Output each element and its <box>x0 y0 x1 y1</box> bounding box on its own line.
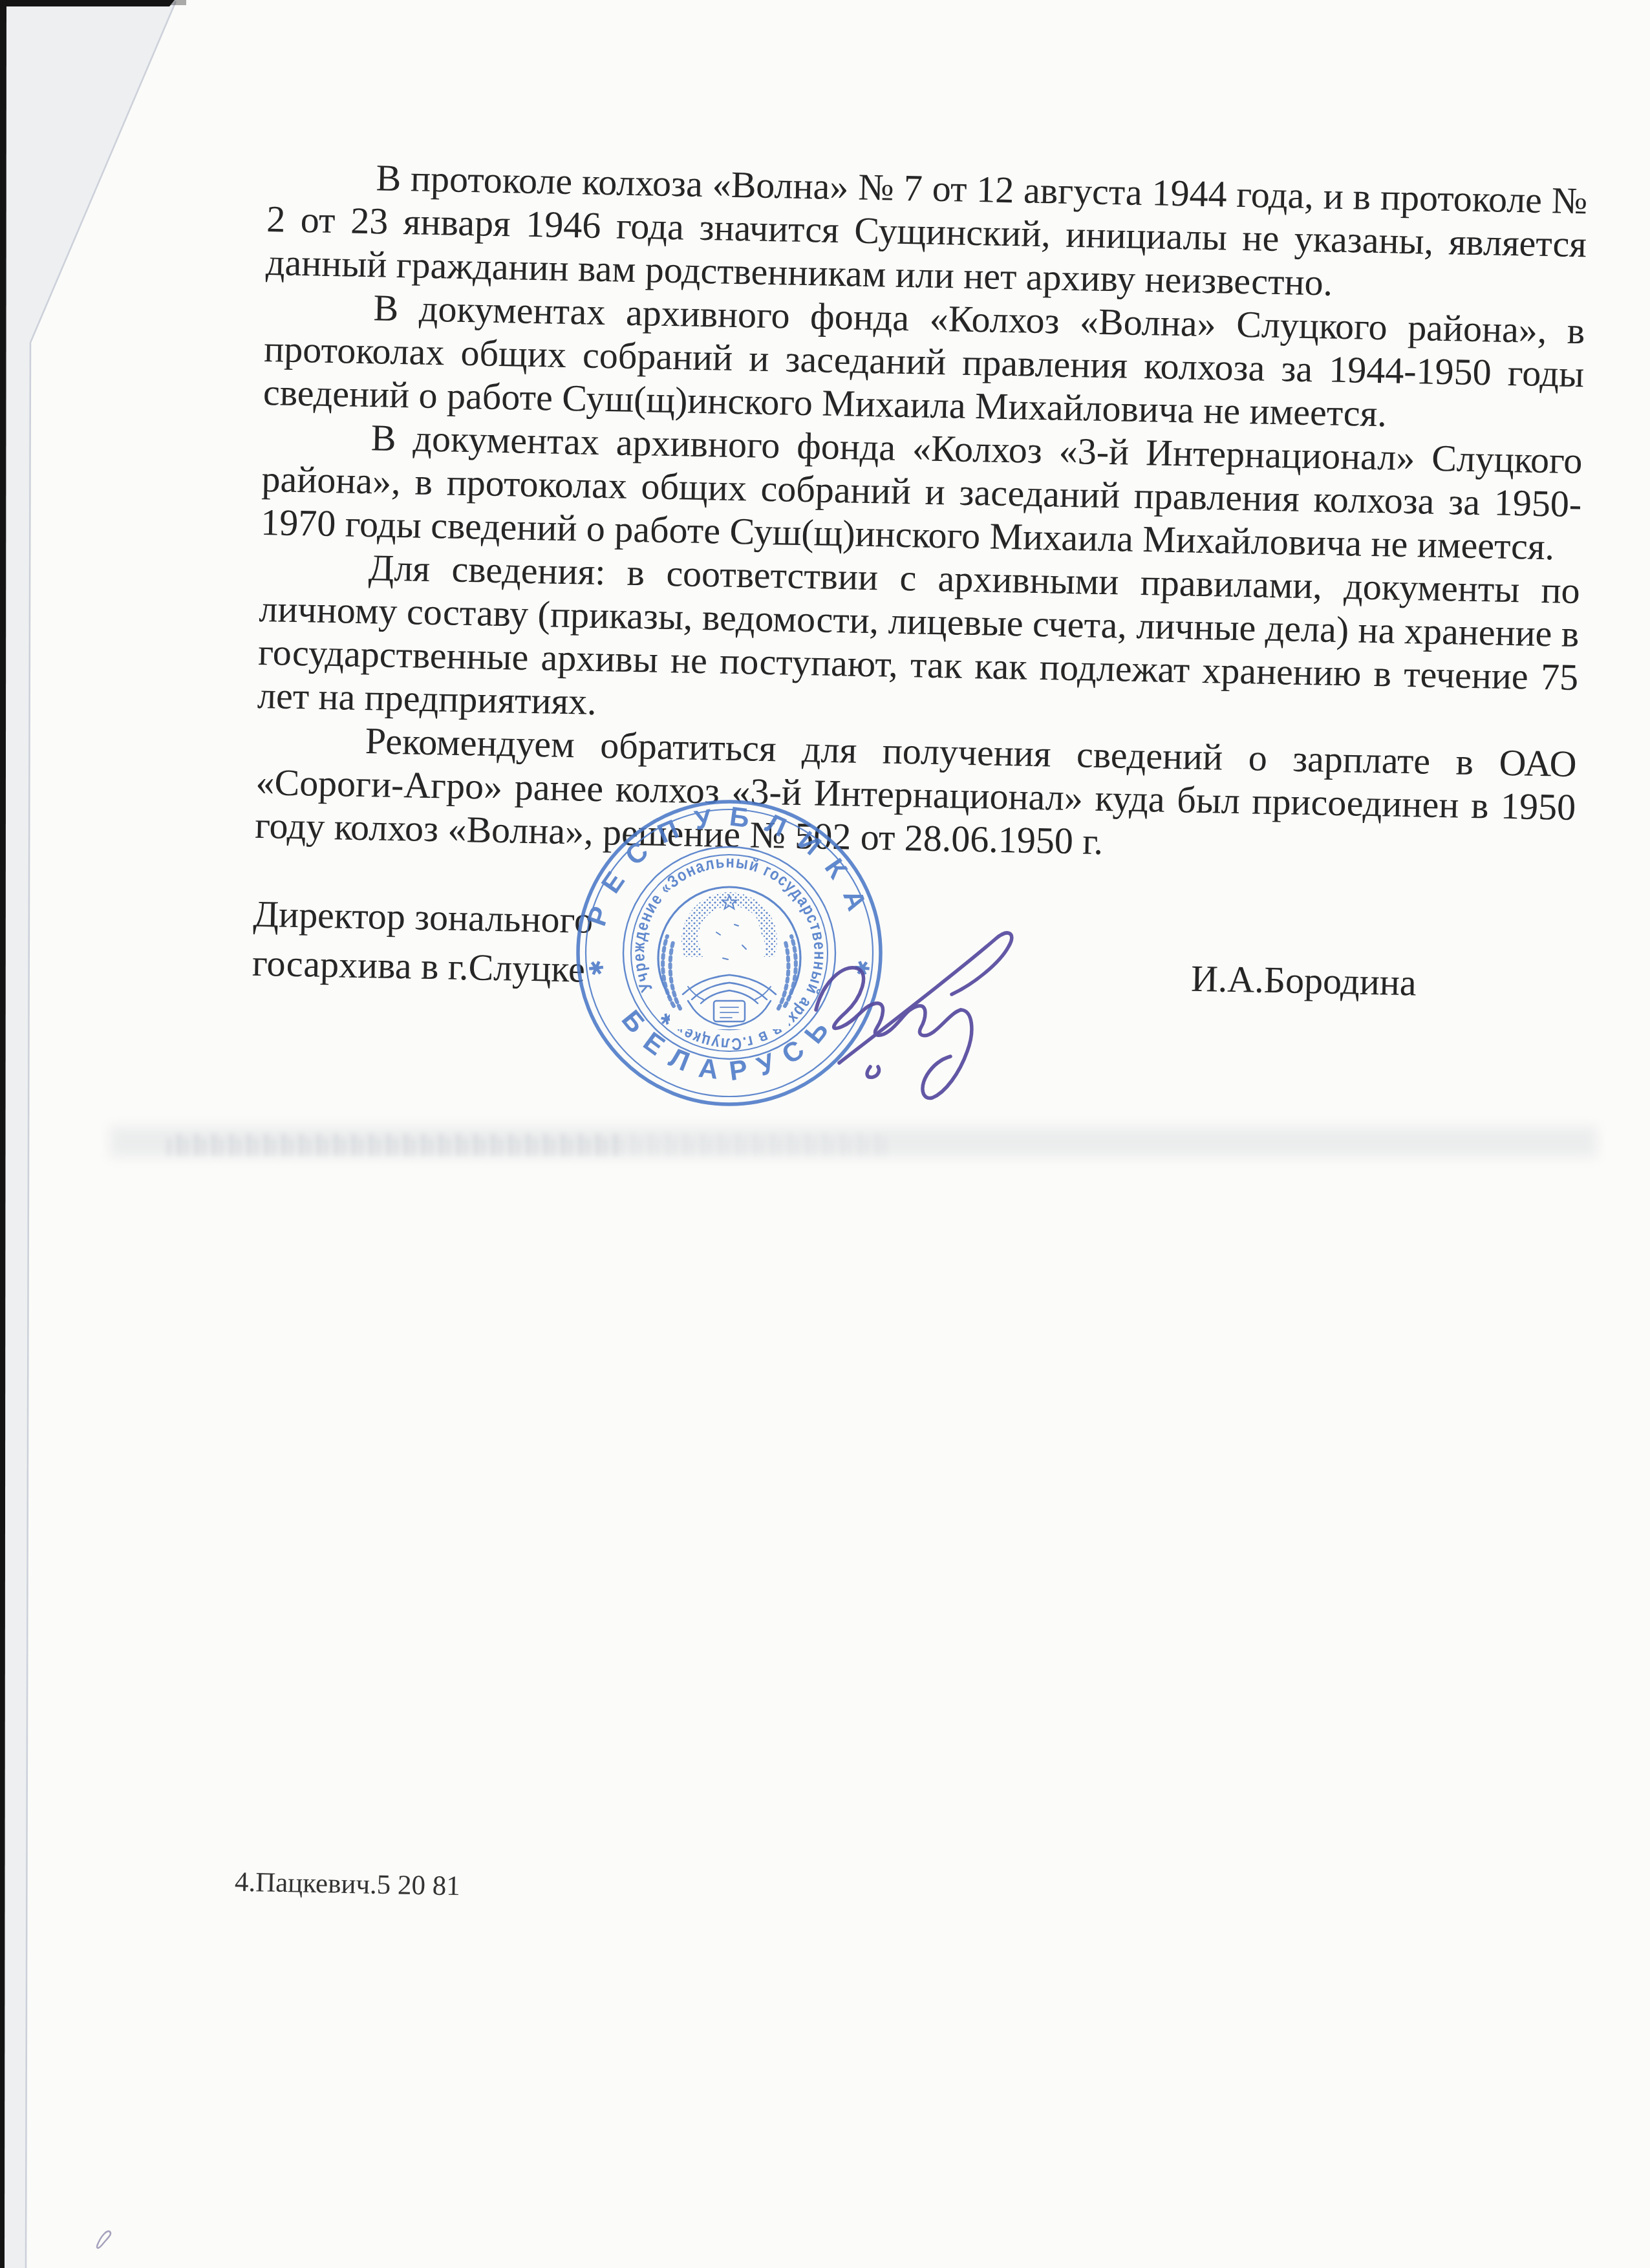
scan-foreground-artifacts: РЕСПУБЛИКА БЕЛАРУСЬ Учреждение «Зональны… <box>0 0 1650 2268</box>
stamp-separator-star-left: ✱ <box>585 959 609 978</box>
official-round-stamp: РЕСПУБЛИКА БЕЛАРУСЬ Учреждение «Зональны… <box>578 801 881 1104</box>
belarus-coat-of-arms <box>663 892 796 1029</box>
stray-pen-mark <box>97 2231 111 2248</box>
handwritten-signature <box>816 933 1012 1098</box>
scan-edge-artifacts <box>0 0 186 2268</box>
scan-edge-top <box>0 0 175 6</box>
scanned-letter-page: В протоколе колхоза «Волна» № 7 от 12 ав… <box>0 0 1650 2268</box>
scan-edge-left <box>0 0 6 2268</box>
